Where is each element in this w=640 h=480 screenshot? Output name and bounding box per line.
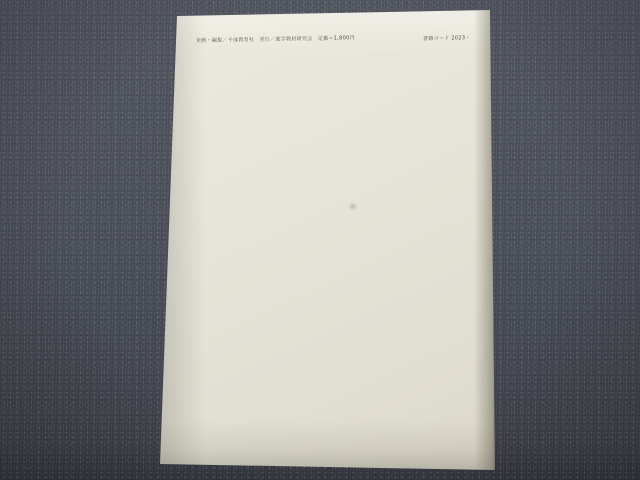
photo-frame: 企画・編集／平成教育社 発行／進学教材研究会 定価＝1,800円 書籍コード 2…	[0, 0, 640, 480]
colophon-text-left: 企画・編集／平成教育社 発行／進学教材研究会 定価＝1,800円	[196, 35, 372, 44]
colophon-text-right: 書籍コード 2023・2	[423, 35, 469, 42]
cover-smudge	[350, 204, 356, 209]
